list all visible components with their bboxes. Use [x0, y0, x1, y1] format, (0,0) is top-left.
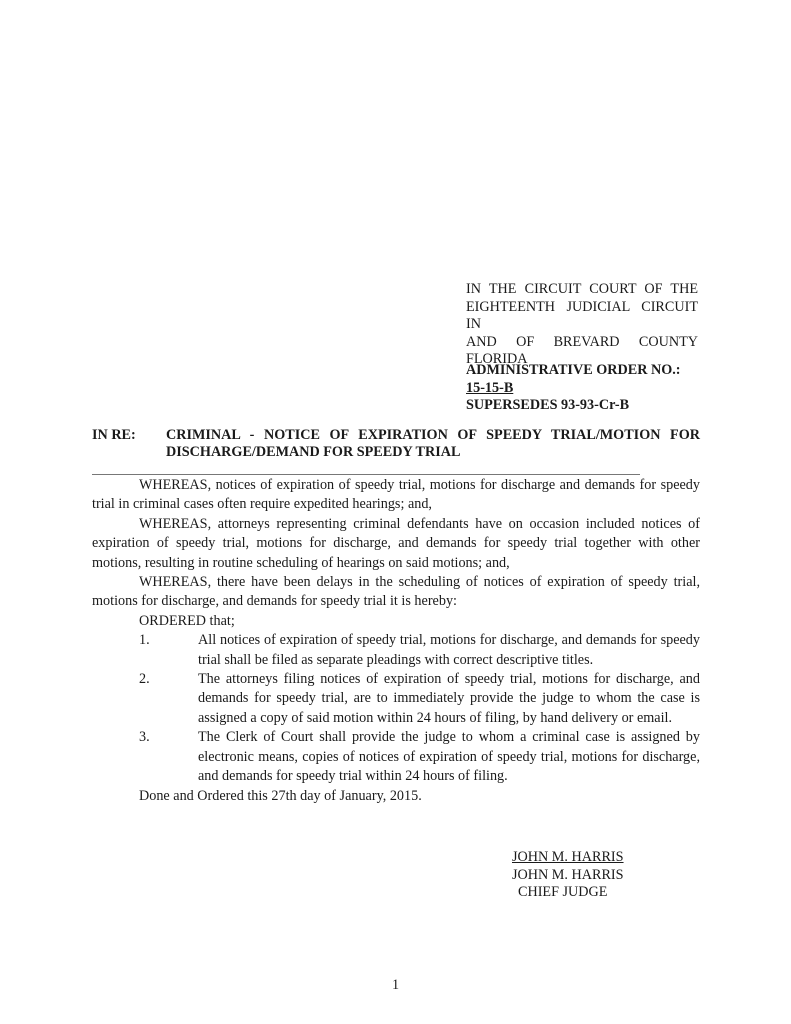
signature-block: JOHN M. HARRIS JOHN M. HARRIS CHIEF JUDG… [512, 849, 632, 902]
caption-line: EIGHTEENTH JUDICIAL CIRCUIT IN [466, 299, 698, 334]
ordered-item: 3. The Clerk of Court shall provide the … [92, 728, 700, 786]
caption-line: AND OF BREVARD COUNTY [466, 334, 698, 352]
whereas-paragraph: WHEREAS, attorneys representing criminal… [92, 515, 700, 573]
whereas-paragraph: WHEREAS, there have been delays in the s… [92, 573, 700, 612]
item-text: All notices of expiration of speedy tria… [198, 632, 700, 667]
whereas-paragraph: WHEREAS, notices of expiration of speedy… [92, 476, 700, 515]
ordered-item: 1. All notices of expiration of speedy t… [92, 631, 700, 670]
item-text: The attorneys filing notices of expirati… [198, 671, 700, 726]
horizontal-divider [92, 474, 640, 475]
judge-title: CHIEF JUDGE [512, 884, 632, 902]
signed-name: JOHN M. HARRIS [512, 849, 632, 867]
page-number: 1 [0, 976, 791, 995]
ordered-item: 2. The attorneys filing notices of expir… [92, 670, 700, 728]
supersedes-line: SUPERSEDES 93-93-Cr-B [466, 397, 726, 415]
order-body: WHEREAS, notices of expiration of speedy… [92, 476, 700, 806]
document-page: IN THE CIRCUIT COURT OF THE EIGHTEENTH J… [0, 0, 791, 1024]
caption-line: IN THE CIRCUIT COURT OF THE [466, 281, 698, 299]
administrative-order-block: ADMINISTRATIVE ORDER NO.: 15-15-B SUPERS… [466, 362, 726, 415]
in-re-subject: CRIMINAL - NOTICE OF EXPIRATION OF SPEED… [166, 427, 700, 461]
done-and-ordered-line: Done and Ordered this 27th day of Januar… [139, 787, 700, 806]
ordered-intro: ORDERED that; [139, 612, 700, 631]
printed-name: JOHN M. HARRIS [512, 867, 632, 885]
in-re-label: IN RE: [92, 427, 136, 444]
item-number: 1. [139, 631, 150, 650]
item-number: 3. [139, 728, 150, 747]
court-caption: IN THE CIRCUIT COURT OF THE EIGHTEENTH J… [466, 281, 698, 369]
item-number: 2. [139, 670, 150, 689]
order-number: 15-15-B [466, 380, 726, 398]
item-text: The Clerk of Court shall provide the jud… [198, 729, 700, 784]
order-heading: ADMINISTRATIVE ORDER NO.: [466, 362, 726, 380]
